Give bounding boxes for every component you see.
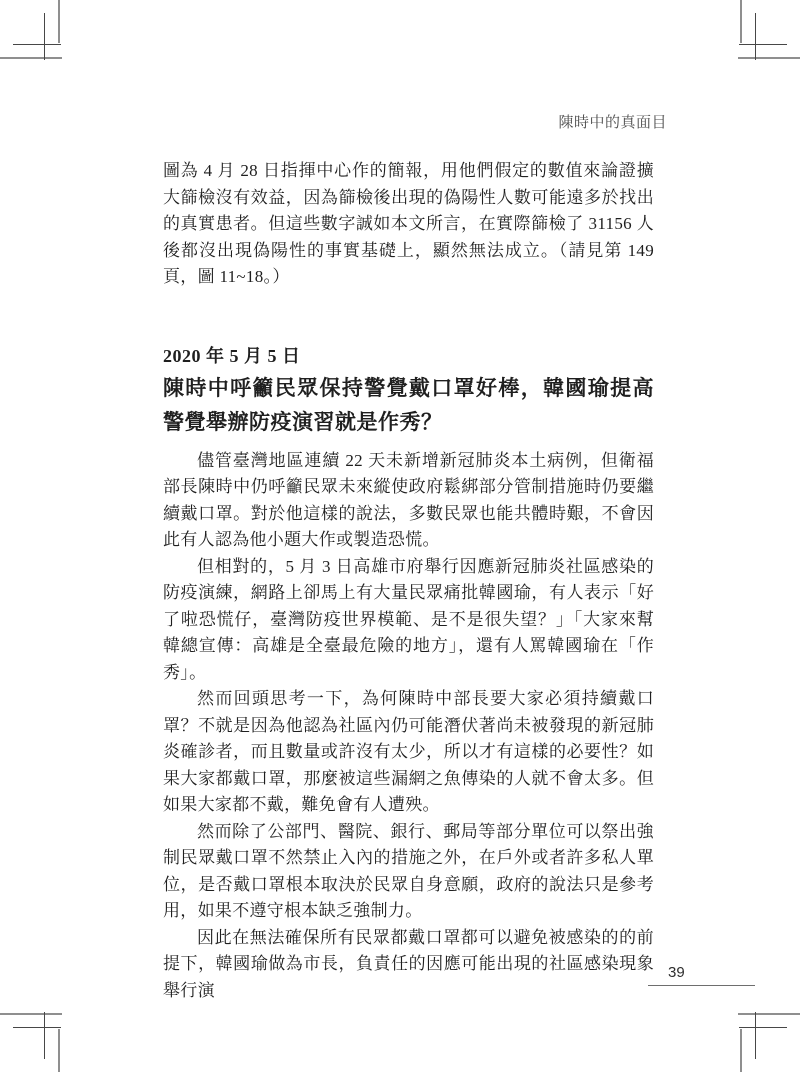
book-page: 陳時中的真面目 圖為 4 月 28 日指揮中心作的簡報，用他們假定的數值來論證擴… <box>0 0 800 1072</box>
crop-mark-line <box>738 1013 800 1015</box>
page-number: 39 <box>668 964 685 981</box>
crop-mark-line <box>738 57 800 59</box>
crop-mark-line <box>0 57 62 59</box>
crop-mark-line <box>0 1013 62 1015</box>
text-column: 圖為 4 月 28 日指揮中心作的簡報，用他們假定的數值來論證擴大篩檢沒有效益，… <box>163 158 654 1004</box>
intro-paragraph: 圖為 4 月 28 日指揮中心作的簡報，用他們假定的數值來論證擴大篩檢沒有效益，… <box>163 158 654 291</box>
crop-mark-line <box>739 1027 787 1028</box>
crop-mark-line <box>13 1027 61 1028</box>
body-paragraph: 儘管臺灣地區連續 22 天未新增新冠肺炎本土病例，但衛福部長陳時中仍呼籲民眾未來… <box>163 448 654 554</box>
crop-mark-line <box>44 13 45 60</box>
body-paragraph: 然而除了公部門、醫院、銀行、郵局等部分單位可以祭出強制民眾戴口罩不然禁止入內的措… <box>163 819 654 925</box>
crop-mark-line <box>13 44 61 45</box>
running-header: 陳時中的真面目 <box>0 111 667 132</box>
folio: 39 <box>648 964 755 986</box>
crop-mark-line <box>740 1029 742 1072</box>
crop-mark-line <box>739 44 787 45</box>
crop-mark-line <box>44 1012 45 1059</box>
entry-date: 2020 年 5 月 5 日 <box>163 344 654 369</box>
body-paragraph: 因此在無法確保所有民眾都戴口罩都可以避免被感染的的前提下，韓國瑜做為市長，負責任… <box>163 925 654 1005</box>
crop-mark-line <box>755 13 756 60</box>
body-paragraph: 但相對的，5 月 3 日高雄市府舉行因應新冠肺炎社區感染的防疫演練，網路上卻馬上… <box>163 554 654 687</box>
crop-mark-line <box>740 0 742 43</box>
crop-mark-line <box>755 1012 756 1059</box>
crop-mark-line <box>58 1029 60 1072</box>
entry-title: 陳時中呼籲民眾保持警覺戴口罩好棒，韓國瑜提高警覺舉辦防疫演習就是作秀？ <box>163 371 654 439</box>
entry-body: 儘管臺灣地區連續 22 天未新增新冠肺炎本土病例，但衛福部長陳時中仍呼籲民眾未來… <box>163 448 654 1005</box>
body-paragraph: 然而回頭思考一下，為何陳時中部長要大家必須持續戴口罩？不就是因為他認為社區內仍可… <box>163 686 654 819</box>
crop-mark-line <box>58 0 60 43</box>
